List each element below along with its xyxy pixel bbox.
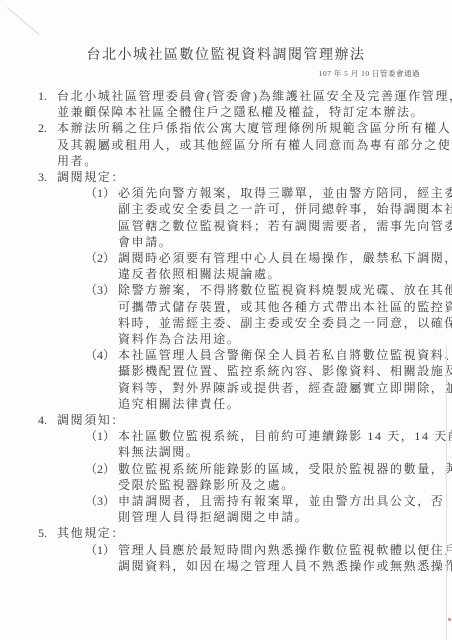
sub-item-body: 本社區數位監視系統，目前約可連續錄影 14 天，14 天前資料無法調閱。 bbox=[118, 428, 442, 460]
sub-item-line: 則管理人員得拒絕調閱之申請。 bbox=[118, 509, 442, 525]
item-number: 2. bbox=[38, 120, 57, 136]
sub-item-line: 會申請。 bbox=[118, 234, 442, 250]
sub-item-line: 管理人員應於最短時間內熟悉操作數位監視軟體以便住戶 bbox=[118, 542, 442, 558]
document-page: 台北小城社區數位監視資料調閱管理辦法 107 年 5 月 10 日管委會通過 1… bbox=[0, 0, 452, 640]
sub-item-number: （1） bbox=[85, 542, 118, 558]
sub-item-body: 申請調閱者，且需持有報案單，並由警方出具公文，否則管理人員得拒絕調閱之申請。 bbox=[118, 493, 442, 525]
sub-item-line: 料時，並需經主委、副主委或安全委員之一同意，以確保 bbox=[118, 315, 442, 331]
sub-item-number: （3） bbox=[85, 282, 118, 298]
sub-item-line: 調閱時必須要有管理中心人員在場操作，嚴禁私下調閱， bbox=[118, 250, 442, 266]
sub-item-line: 申請調閱者，且需持有報案單，並由警方出具公文，否 bbox=[118, 493, 442, 509]
sub-item-line: 本社區管理人員含警衛保全人員若私自將數位監視資料、 bbox=[118, 347, 442, 363]
sub-item-line: 調閱資料，如因在場之管理人員不熟悉操作或無熟悉操作 bbox=[118, 558, 442, 574]
item-body: 台北小城社區管理委員會(管委會)為維護社區安全及完善運作管理，並兼顧保障本社區全… bbox=[57, 88, 442, 120]
sub-item-line: 數位監視系統所能錄影的區域，受限於監視器的數量，與 bbox=[118, 461, 442, 477]
sub-item-body: 調閱時必須要有管理中心人員在場操作，嚴禁私下調閱，違反者依照相關法規論處。 bbox=[118, 250, 442, 282]
item-line: 台北小城社區管理委員會(管委會)為維護社區安全及完善運作管理， bbox=[57, 88, 442, 104]
sub-item-line: 可攜帶式儲存裝置，或其他各種方式帶出本社區的監控資 bbox=[118, 299, 442, 315]
item-body: 本辦法所稱之住戶係指依公寓大廈管理條例所規範含區分所有權人及其親屬或租用人，或其… bbox=[57, 120, 442, 169]
item-number: 5. bbox=[38, 525, 57, 541]
sub-item-line: 本社區數位監視系統，目前約可連續錄影 14 天，14 天前資 bbox=[118, 428, 442, 444]
sub-item-line: 資料等，對外界陳訴或提供者，經查證屬實立即開除，並 bbox=[118, 380, 442, 396]
item-body: 其他規定：（1）管理人員應於最短時間內熟悉操作數位監視軟體以便住戶調閱資料，如因… bbox=[57, 525, 442, 574]
sub-item: （4）本社區管理人員含警衛保全人員若私自將數位監視資料、攝影機配置位置、監控系統… bbox=[85, 347, 442, 412]
sub-item-line: 追究相關法律責任。 bbox=[118, 396, 442, 412]
sub-item-body: 管理人員應於最短時間內熟悉操作數位監視軟體以便住戶調閱資料，如因在場之管理人員不… bbox=[118, 542, 442, 574]
sub-item: （1）必須先向警方報案，取得三聯單，並由警方陪同，經主委、副主委或安全委員之一許… bbox=[85, 185, 442, 250]
scan-artifact-edge-line bbox=[446, 345, 447, 640]
item-line: 並兼顧保障本社區全體住戶之隱私權及權益，特訂定本辦法。 bbox=[57, 104, 442, 120]
sub-item-body: 本社區管理人員含警衛保全人員若私自將數位監視資料、攝影機配置位置、監控系統內容、… bbox=[118, 347, 442, 412]
sub-item: （2）數位監視系統所能錄影的區域，受限於監視器的數量，與受限於監視器錄影所及之處… bbox=[85, 461, 442, 493]
item-line: 其他規定： bbox=[57, 525, 442, 541]
sub-item-line: 必須先向警方報案，取得三聯單，並由警方陪同，經主委、 bbox=[118, 185, 442, 201]
scan-artifact-diagonal-line bbox=[7, 7, 40, 35]
sub-item: （2）調閱時必須要有管理中心人員在場操作，嚴禁私下調閱，違反者依照相關法規論處。 bbox=[85, 250, 442, 282]
sub-item-line: 除警方辦案，不得將數位監視資料燒製成光碟、放在其他 bbox=[118, 282, 442, 298]
item-number: 1. bbox=[38, 88, 57, 104]
sub-item-body: 數位監視系統所能錄影的區域，受限於監視器的數量，與受限於監視器錄影所及之處。 bbox=[118, 461, 442, 493]
page-title: 台北小城社區數位監視資料調閱管理辦法 bbox=[0, 44, 452, 64]
item-number: 3. bbox=[38, 169, 57, 185]
sub-item-body: 必須先向警方報案，取得三聯單，並由警方陪同，經主委、副主委或安全委員之一許可，併… bbox=[118, 185, 442, 250]
list-item: 5.其他規定：（1）管理人員應於最短時間內熟悉操作數位監視軟體以便住戶調閱資料，… bbox=[38, 525, 442, 574]
list-item: 3.調閱規定：（1）必須先向警方報案，取得三聯單，並由警方陪同，經主委、副主委或… bbox=[38, 169, 442, 412]
sub-item-number: （2） bbox=[85, 461, 118, 477]
list-item: 4.調閱須知：（1）本社區數位監視系統，目前約可連續錄影 14 天，14 天前資… bbox=[38, 412, 442, 525]
item-line: 及其親屬或租用人，或其他經區分所有權人同意而為專有部分之使 bbox=[57, 137, 442, 153]
item-line: 調閱須知： bbox=[57, 412, 442, 428]
sub-item-number: （3） bbox=[85, 493, 118, 509]
sub-item-line: 資料作為合法用途。 bbox=[118, 331, 442, 347]
scan-artifact-speck bbox=[448, 618, 451, 621]
date-note: 107 年 5 月 10 日管委會通過 bbox=[0, 68, 420, 79]
list-item: 1.台北小城社區管理委員會(管委會)為維護社區安全及完善運作管理，並兼顧保障本社… bbox=[38, 88, 442, 120]
sub-item: （1）本社區數位監視系統，目前約可連續錄影 14 天，14 天前資料無法調閱。 bbox=[85, 428, 442, 460]
sub-item-line: 受限於監視器錄影所及之處。 bbox=[118, 477, 442, 493]
item-number: 4. bbox=[38, 412, 57, 428]
sub-item: （3）除警方辦案，不得將數位監視資料燒製成光碟、放在其他可攜帶式儲存裝置，或其他… bbox=[85, 282, 442, 347]
sub-item: （1）管理人員應於最短時間內熟悉操作數位監視軟體以便住戶調閱資料，如因在場之管理… bbox=[85, 542, 442, 574]
sub-item-body: 除警方辦案，不得將數位監視資料燒製成光碟、放在其他可攜帶式儲存裝置，或其他各種方… bbox=[118, 282, 442, 347]
sub-item-number: （2） bbox=[85, 250, 118, 266]
item-body: 調閱規定：（1）必須先向警方報案，取得三聯單，並由警方陪同，經主委、副主委或安全… bbox=[57, 169, 442, 412]
sub-item-number: （1） bbox=[85, 185, 118, 201]
list-item: 2.本辦法所稱之住戶係指依公寓大廈管理條例所規範含區分所有權人及其親屬或租用人，… bbox=[38, 120, 442, 169]
item-line: 本辦法所稱之住戶係指依公寓大廈管理條例所規範含區分所有權人 bbox=[57, 120, 442, 136]
sub-item-line: 料無法調閱。 bbox=[118, 444, 442, 460]
item-body: 調閱須知：（1）本社區數位監視系統，目前約可連續錄影 14 天，14 天前資料無… bbox=[57, 412, 442, 525]
sub-item-number: （4） bbox=[85, 347, 118, 363]
sub-item: （3）申請調閱者，且需持有報案單，並由警方出具公文，否則管理人員得拒絕調閱之申請… bbox=[85, 493, 442, 525]
sub-item-line: 違反者依照相關法規論處。 bbox=[118, 266, 442, 282]
item-line: 調閱規定： bbox=[57, 169, 442, 185]
sub-item-number: （1） bbox=[85, 428, 118, 444]
regulation-list: 1.台北小城社區管理委員會(管委會)為維護社區安全及完善運作管理，並兼顧保障本社… bbox=[0, 88, 452, 574]
sub-item-line: 副主委或安全委員之一許可，併同總幹事，始得調閱本社 bbox=[118, 201, 442, 217]
sub-item-line: 攝影機配置位置、監控系統內容、影像資料、相關設施及 bbox=[118, 363, 442, 379]
sub-item-line: 區管轄之數位監視資料；若有調閱需要者，需事先向管委 bbox=[118, 218, 442, 234]
item-line: 用者。 bbox=[57, 153, 442, 169]
